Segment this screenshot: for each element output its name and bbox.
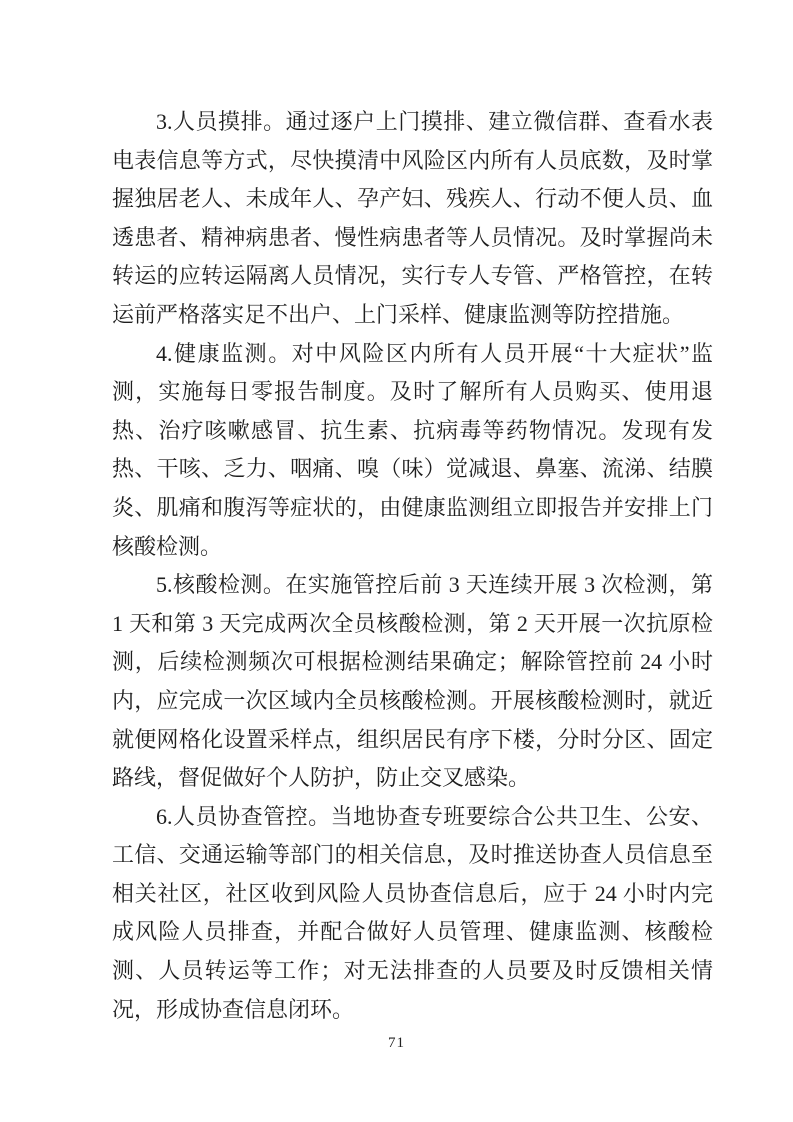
document-body: 3.人员摸排。通过逐户上门摸排、建立微信群、查看水表电表信息等方式，尽快摸清中风… bbox=[112, 103, 713, 1029]
paragraph-4-health-monitoring: 4.健康监测。对中风险区内所有人员开展“十大症状”监测，实施每日零报告制度。及时… bbox=[112, 335, 713, 567]
document-page: 3.人员摸排。通过逐户上门摸排、建立微信群、查看水表电表信息等方式，尽快摸清中风… bbox=[0, 0, 793, 1122]
paragraph-5-nucleic-acid-testing: 5.核酸检测。在实施管控后前 3 天连续开展 3 次检测，第 1 天和第 3 天… bbox=[112, 566, 713, 798]
page-number: 71 bbox=[0, 1035, 793, 1052]
paragraph-3-personnel-screening: 3.人员摸排。通过逐户上门摸排、建立微信群、查看水表电表信息等方式，尽快摸清中风… bbox=[112, 103, 713, 335]
paragraph-6-personnel-assistance-control: 6.人员协查管控。当地协查专班要综合公共卫生、公安、工信、交通运输等部门的相关信… bbox=[112, 798, 713, 1030]
